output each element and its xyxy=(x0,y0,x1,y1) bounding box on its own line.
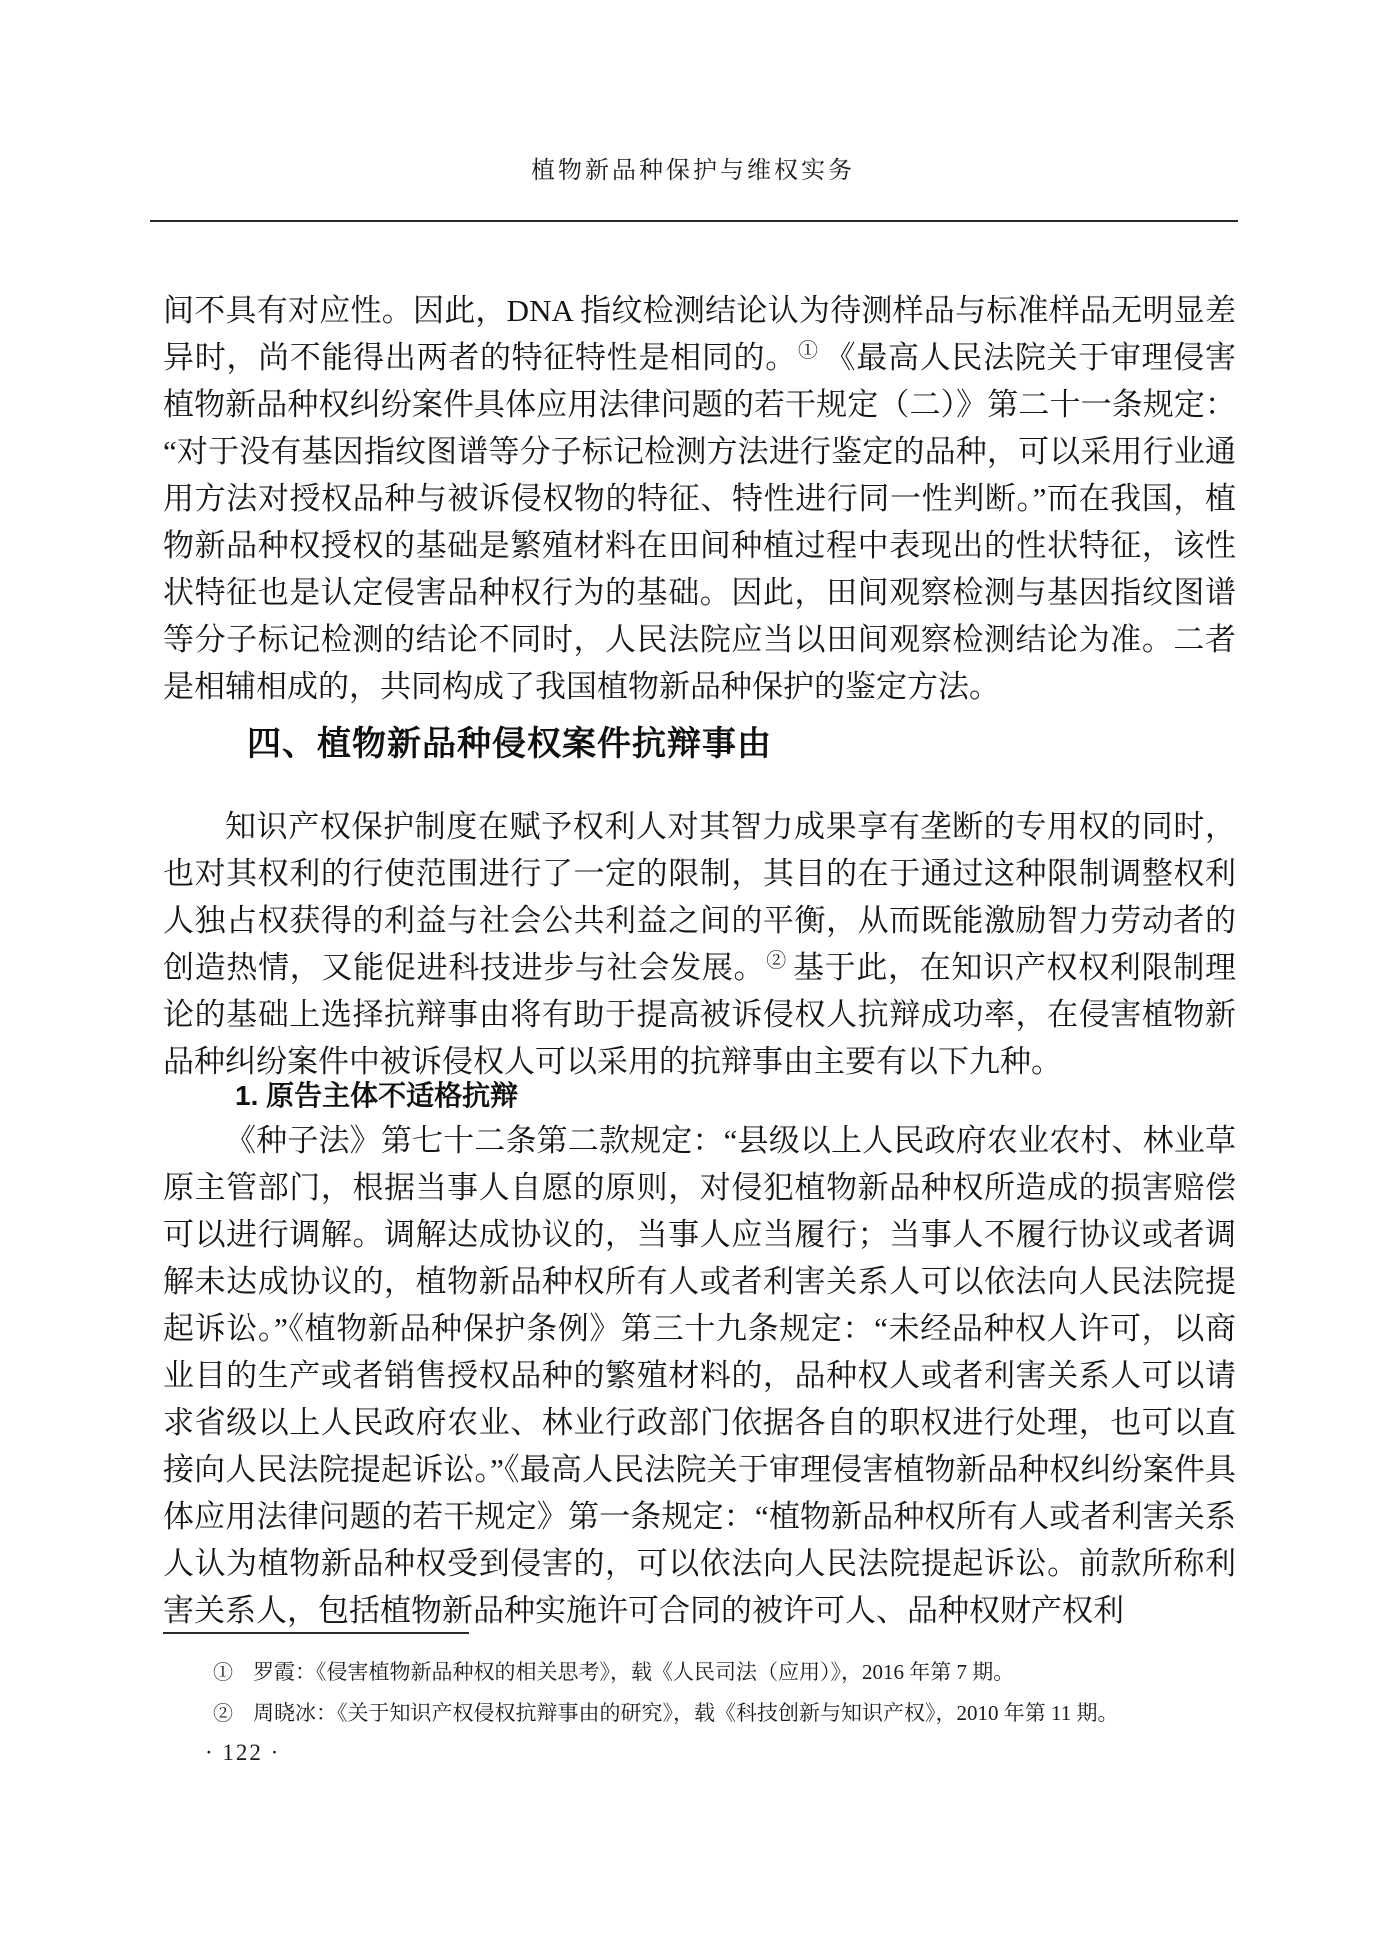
footnote-reference-2: ② xyxy=(765,950,793,972)
book-page: 植物新品种保护与维权实务 间不具有对应性。因此，DNA 指纹检测结论认为待测样品… xyxy=(0,0,1386,1937)
paragraph-continuation-text-after-note: 《最高人民法院关于审理侵害植物新品种权纠纷案件具体应用法律问题的若干规定（二）》… xyxy=(163,340,1236,704)
page-number: · 122 · xyxy=(205,1740,280,1766)
paragraph-continuation: 间不具有对应性。因此，DNA 指纹检测结论认为待测样品与标准样品无明显差异时，尚… xyxy=(163,287,1236,710)
footnote-marker: ② xyxy=(213,1694,253,1734)
footnote-item: ① 罗霞：《侵害植物新品种权的相关思考》，载《人民司法（应用）》，2016 年第… xyxy=(163,1652,1273,1693)
footnote-divider-rule xyxy=(163,1632,469,1634)
footnote-reference-1: ① xyxy=(797,340,825,362)
footnote-text: 周晓冰：《关于知识产权侵权抗辩事由的研究》，载《科技创新与知识产权》，2010 … xyxy=(253,1693,1273,1733)
section-heading: 四、植物新品种侵权案件抗辩事由 xyxy=(163,716,1236,765)
running-head-title: 植物新品种保护与维权实务 xyxy=(0,150,1386,185)
footnote-marker: ① xyxy=(213,1653,253,1693)
paragraph-subsection: 《种子法》第七十二条第二款规定：“县级以上人民政府农业农村、林业草原主管部门，根… xyxy=(163,1117,1236,1634)
footnote-text: 罗霞：《侵害植物新品种权的相关思考》，载《人民司法（应用）》，2016 年第 7… xyxy=(253,1652,1273,1692)
subsection-heading: 1. 原告主体不适格抗辩 xyxy=(163,1074,1236,1114)
header-divider-rule xyxy=(150,220,1238,222)
footnotes-area: ① 罗霞：《侵害植物新品种权的相关思考》，载《人民司法（应用）》，2016 年第… xyxy=(163,1652,1273,1734)
footnote-item: ② 周晓冰：《关于知识产权侵权抗辩事由的研究》，载《科技创新与知识产权》，201… xyxy=(163,1693,1273,1734)
paragraph-section-intro: 知识产权保护制度在赋予权利人对其智力成果享有垄断的专用权的同时，也对其权利的行使… xyxy=(163,803,1236,1085)
